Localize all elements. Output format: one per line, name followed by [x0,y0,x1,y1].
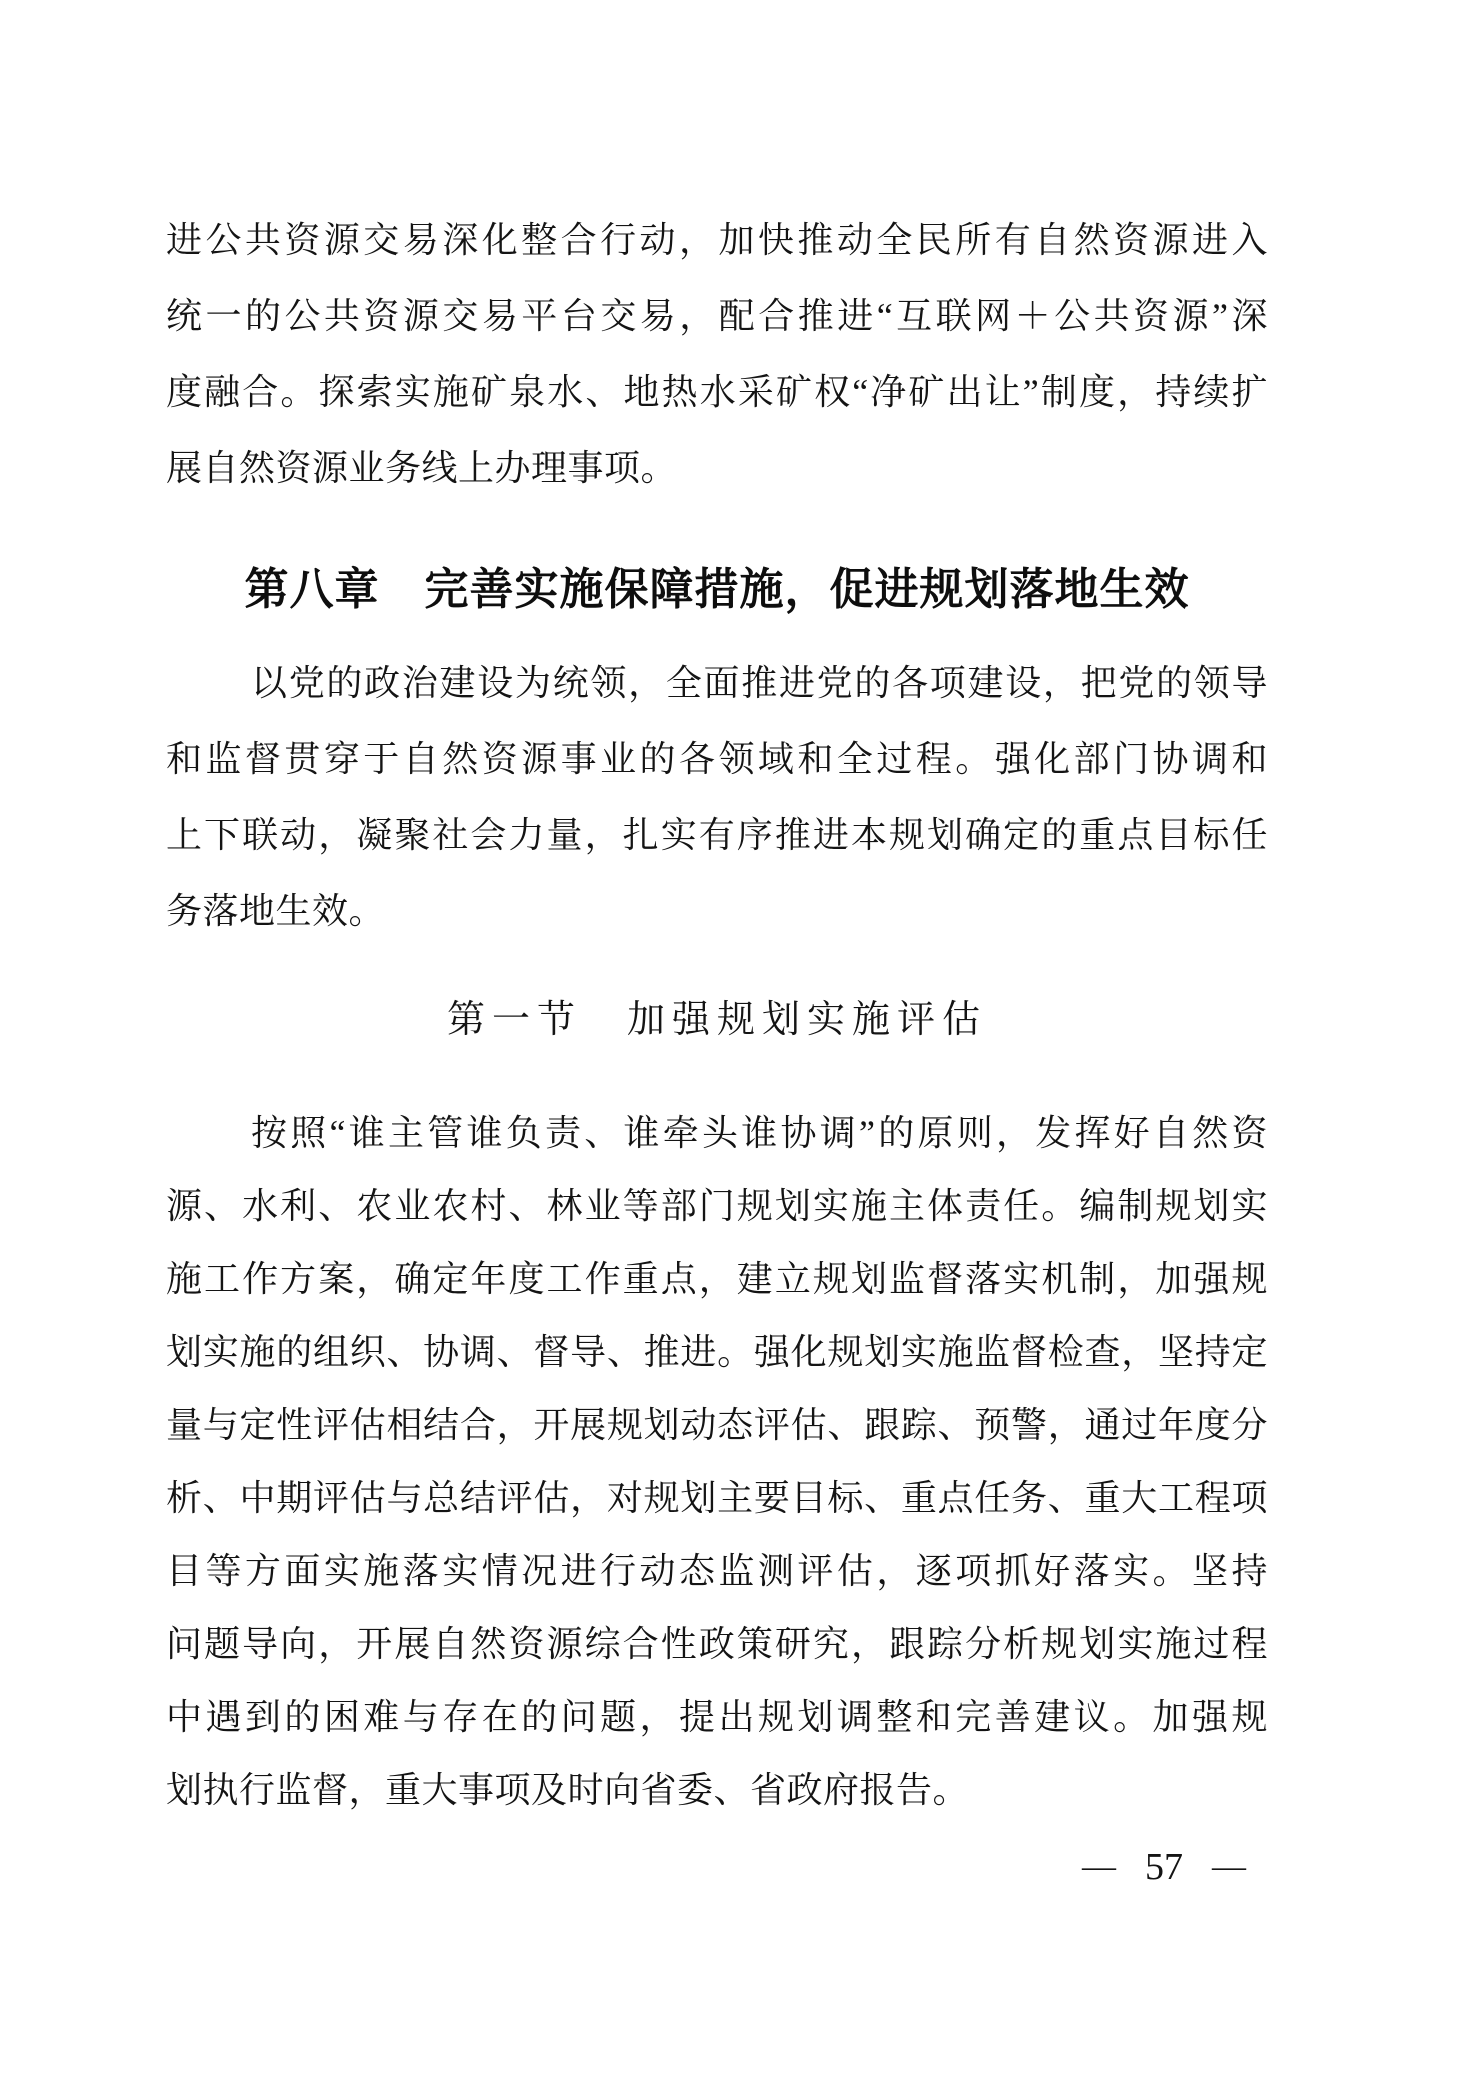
text-line: 量与定性评估相结合，开展规划动态评估、跟踪、预警，通过年度分 [166,1389,1268,1462]
chapter-heading: 第八章 完善实施保障措施，促进规划落地生效 [166,552,1268,628]
text-line: 度融合。探索实施矿泉水、地热水采矿权“净矿出让”制度，持续扩 [166,354,1268,430]
text-line: 进公共资源交易深化整合行动，加快推动全民所有自然资源进入 [166,202,1268,278]
page-content: 进公共资源交易深化整合行动，加快推动全民所有自然资源进入 统一的公共资源交易平台… [166,202,1268,1827]
text-line: 划实施的组织、协调、督导、推进。强化规划实施监督检查，坚持定 [166,1316,1268,1389]
text-line: 中遇到的困难与存在的问题，提出规划调整和完善建议。加强规 [166,1681,1268,1754]
text-line: 施工作方案，确定年度工作重点，建立规划监督落实机制，加强规 [166,1243,1268,1316]
paragraph-continuation: 进公共资源交易深化整合行动，加快推动全民所有自然资源进入 统一的公共资源交易平台… [166,202,1268,506]
text-line: 析、中期评估与总结评估，对规划主要目标、重点任务、重大工程项 [166,1462,1268,1535]
text-line: 源、水利、农业农村、林业等部门规划实施主体责任。编制规划实 [166,1170,1268,1243]
page-number-dash-right: — [1212,1845,1246,1889]
document-page: 进公共资源交易深化整合行动，加快推动全民所有自然资源进入 统一的公共资源交易平台… [0,0,1482,2091]
text-line: 问题导向，开展自然资源综合性政策研究，跟踪分析规划实施过程 [166,1608,1268,1681]
text-line: 务落地生效。 [166,873,1268,949]
text-line: 和监督贯穿于自然资源事业的各领域和全过程。强化部门协调和 [166,721,1268,797]
text-line: 上下联动，凝聚社会力量，扎实有序推进本规划确定的重点目标任 [166,797,1268,873]
text-line: 按照“谁主管谁负责、谁牵头谁协调”的原则，发挥好自然资 [166,1097,1268,1170]
page-number-value: 57 [1145,1845,1183,1889]
text-line: 目等方面实施落实情况进行动态监测评估，逐项抓好落实。坚持 [166,1535,1268,1608]
text-line: 统一的公共资源交易平台交易，配合推进“互联网＋公共资源”深 [166,278,1268,354]
paragraph-section-body: 按照“谁主管谁负责、谁牵头谁协调”的原则，发挥好自然资 源、水利、农业农村、林业… [166,1097,1268,1827]
text-line: 划执行监督，重大事项及时向省委、省政府报告。 [166,1754,1268,1827]
paragraph-overview: 以党的政治建设为统领，全面推进党的各项建设，把党的领导 和监督贯穿于自然资源事业… [166,645,1268,949]
page-number: — 57 — [1082,1845,1246,1889]
text-line: 展自然资源业务线上办理事项。 [166,430,1268,506]
text-line: 以党的政治建设为统领，全面推进党的各项建设，把党的领导 [166,645,1268,721]
page-number-dash-left: — [1082,1845,1116,1889]
section-heading: 第一节 加强规划实施评估 [166,984,1268,1057]
